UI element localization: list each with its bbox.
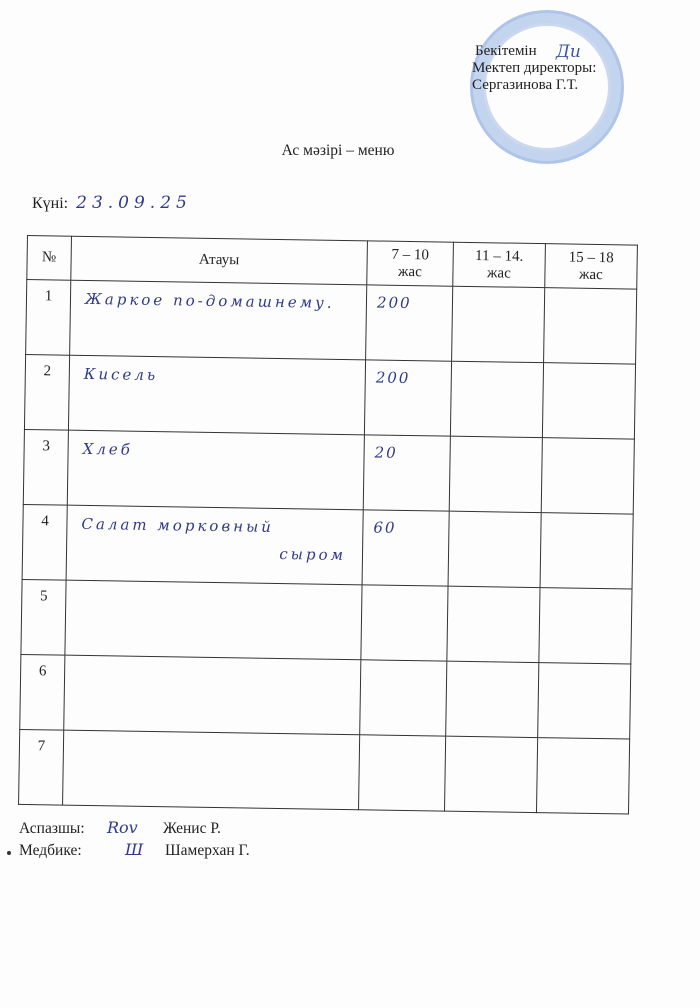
row-number: 7 [19,729,64,805]
portion-15-18 [541,438,634,514]
header-age-7-10-unit: жас [398,263,422,279]
portion-11-14 [452,286,545,362]
portion-7-10 [360,660,447,736]
row-number: 2 [24,354,69,430]
row-number: 1 [26,280,71,356]
dish-name-cell [65,580,362,660]
portion-11-14 [449,436,542,512]
dish-name-continued [80,595,355,599]
row-number: 5 [21,579,66,655]
header-age-15-18: 15 – 18жас [545,244,638,289]
portion-15-18 [540,513,633,589]
dish-name: Кисель [84,365,159,384]
dish-name-continued [85,316,360,320]
portion-11-14 [447,586,540,662]
portion-11-14 [450,361,543,437]
header-name: Атауы [71,236,368,285]
dish-name-continued: сыром [81,541,356,565]
cook-signature-row: Аспазшы:RovЖенис Р. [19,818,221,838]
portion-7-10: 200 [366,285,453,361]
dish-name-cell: Салат морковныйсыром [66,505,363,585]
director-signature: Ди [556,42,626,60]
header-age-7-10: 7 – 10жас [367,241,454,286]
scan-speck [7,851,11,855]
table-row: 7 [19,729,630,814]
dish-name: Хлеб [83,440,134,459]
table-row: 2Кисель200 [24,354,635,439]
table-row: 4Салат морковныйсыром60 [22,504,633,589]
portion-7-10: 20 [363,435,450,511]
portion-7-10: 60 [362,510,449,586]
table-row: 6 [20,654,631,739]
date-label: Күні: [32,195,68,212]
dish-name-continued [84,391,359,395]
portion-11-14 [446,661,539,737]
portion-7-10 [359,735,446,811]
dish-name-cell: Жаркое по-домашнему. [70,280,367,360]
director-name: Сергазинова Г.Т. [472,77,596,94]
portion-11-14 [448,511,541,587]
dish-name-continued [78,745,353,749]
director-title: Мектеп директоры: [472,60,596,77]
header-age-11-14-range: 11 – 14. [475,248,523,265]
dish-name-cell [63,730,360,810]
nurse-label: Медбике: [19,842,107,860]
table-row: 3Хлеб20 [23,429,634,514]
row-number: 6 [20,654,65,730]
dish-name-cell: Хлеб [67,430,364,510]
dish-name-cell: Кисель [68,355,365,435]
cook-name: Женис Р. [163,820,221,837]
dish-name-continued [79,670,354,674]
page-title-text: Ас мәзірі – меню [282,142,395,159]
dish-name: Жаркое по-домашнему. [85,290,335,312]
dish-name: Салат морковный [81,515,274,536]
row-number: 4 [22,504,67,580]
header-age-15-18-range: 15 – 18 [569,249,614,266]
portion-15-18 [542,363,635,439]
header-number: № [27,236,72,281]
dish-name-continued [82,466,357,470]
table-row: 5 [21,579,632,664]
portion-7-10 [361,585,448,661]
page-title: Ас мәзірі – меню [0,142,700,160]
menu-table: № Атауы 7 – 10жас 11 – 14.жас 15 – 18жас… [18,235,637,815]
row-number: 3 [23,429,68,505]
header-age-15-18-unit: жас [579,266,603,282]
header-age-11-14: 11 – 14.жас [453,242,546,287]
portion-15-18 [544,288,637,364]
portion-7-10: 200 [364,360,451,436]
dish-name-cell [64,655,361,735]
nurse-name: Шамерхан Г. [165,842,250,859]
nurse-signature-row: Медбике:ШШамерхан Г. [19,840,250,860]
portion-15-18 [536,738,629,814]
nurse-signature: Ш [107,840,165,859]
date-row: Күні: 23.09.25 [32,193,192,213]
portion-11-14 [445,736,538,812]
table-row: 1Жаркое по-домашнему.200 [26,280,637,365]
portion-15-18 [539,588,632,664]
portion-15-18 [538,663,631,739]
header-age-11-14-unit: жас [487,265,511,281]
cook-label: Аспазшы: [19,820,107,838]
cook-signature: Rov [107,818,163,837]
header-age-7-10-range: 7 – 10 [391,246,429,263]
date-value: 23.09.25 [76,193,192,213]
